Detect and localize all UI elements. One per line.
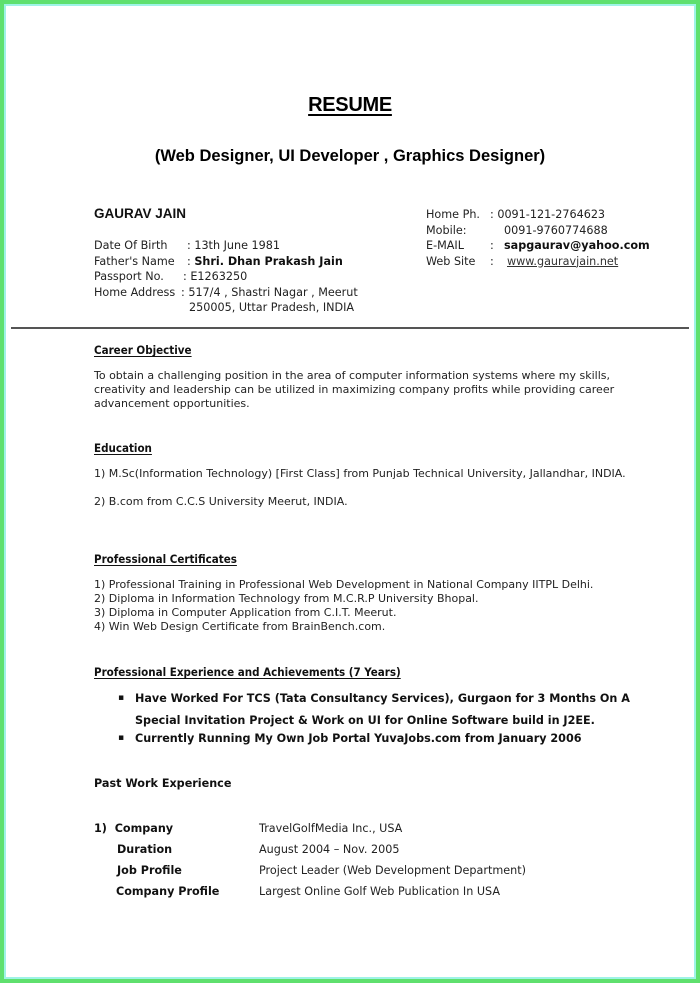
website-row: Web Site : www.gauravjain.net <box>426 254 650 270</box>
candidate-name: GAURAV JAIN <box>94 206 186 221</box>
website-link[interactable]: www.gauravjain.net <box>507 254 618 270</box>
job-company-row: 1) Company TravelGolfMedia Inc., USA <box>94 818 526 839</box>
dob-value: : 13th June 1981 <box>187 238 280 254</box>
certificates-section: Professional Certificates 1) Professiona… <box>94 552 654 634</box>
experience-item: ▪ Have Worked For TCS (Tata Consultancy … <box>118 692 678 732</box>
job-duration-label: Duration <box>94 843 259 856</box>
page-title: RESUME <box>10 94 690 117</box>
career-objective-text: To obtain a challenging position in the … <box>94 369 654 411</box>
personal-details: Date Of Birth : 13th June 1981 Father's … <box>94 238 358 316</box>
education-item: 1) M.Sc(Information Technology) [First C… <box>94 467 649 481</box>
contact-details: Home Ph. : 0091-121-2764623 Mobile: 0091… <box>426 207 650 269</box>
father-sep: : <box>187 254 191 270</box>
education-section: Education 1) M.Sc(Information Technology… <box>94 441 654 509</box>
home-phone-label: Home Ph. <box>426 207 490 223</box>
dob-label: Date Of Birth <box>94 238 187 254</box>
father-label: Father's Name <box>94 254 187 270</box>
experience-item: ▪ Currently Running My Own Job Portal Yu… <box>118 732 678 750</box>
father-row: Father's Name : Shri. Dhan Prakash Jain <box>94 254 358 270</box>
experience-text: Have Worked For TCS (Tata Consultancy Se… <box>135 688 655 732</box>
home-phone-value: : 0091-121-2764623 <box>490 207 605 223</box>
dob-row: Date Of Birth : 13th June 1981 <box>94 238 358 254</box>
address-value-2: 250005, Uttar Pradesh, INDIA <box>189 300 354 316</box>
company-profile-value: Largest Online Golf Web Publication In U… <box>259 885 500 898</box>
mobile-label: Mobile: <box>426 223 504 239</box>
education-heading: Education <box>94 441 654 455</box>
job-duration-row: Duration August 2004 – Nov. 2005 <box>94 839 526 860</box>
job-profile-value: Project Leader (Web Development Departme… <box>259 864 526 877</box>
email-sep: : <box>490 238 504 254</box>
website-sep: : <box>490 254 507 270</box>
email-label: E-MAIL <box>426 238 490 254</box>
bullet-icon: ▪ <box>118 732 135 750</box>
email-value[interactable]: sapgaurav@yahoo.com <box>504 238 650 254</box>
job-company-value: TravelGolfMedia Inc., USA <box>259 822 402 835</box>
past-work-heading: Past Work Experience <box>94 777 231 790</box>
job-profile-row: Job Profile Project Leader (Web Developm… <box>94 860 526 881</box>
address-label: Home Address <box>94 285 181 301</box>
page-subtitle: (Web Designer, UI Developer , Graphics D… <box>10 147 690 166</box>
job-profile-label: Job Profile <box>94 864 259 877</box>
experience-section: Professional Experience and Achievements… <box>94 665 654 679</box>
certificates-list: 1) Professional Training in Professional… <box>94 578 654 634</box>
company-profile-row: Company Profile Largest Online Golf Web … <box>94 881 526 902</box>
website-label: Web Site <box>426 254 490 270</box>
experience-list: ▪ Have Worked For TCS (Tata Consultancy … <box>118 692 678 750</box>
passport-value: : E1263250 <box>183 269 247 285</box>
job-company-label: 1) Company <box>94 822 259 835</box>
job-duration-value: August 2004 – Nov. 2005 <box>259 843 399 856</box>
certificate-item: 4) Win Web Design Certificate from Brain… <box>94 620 654 634</box>
experience-text: Currently Running My Own Job Portal Yuva… <box>135 728 582 750</box>
education-item: 2) B.com from C.C.S University Meerut, I… <box>94 495 654 509</box>
passport-label: Passport No. <box>94 269 183 285</box>
email-row: E-MAIL : sapgaurav@yahoo.com <box>426 238 650 254</box>
header-divider <box>11 327 689 329</box>
mobile-row: Mobile: 0091-9760774688 <box>426 223 650 239</box>
bullet-icon: ▪ <box>118 692 135 732</box>
passport-row: Passport No. : E1263250 <box>94 269 358 285</box>
address-value: : 517/4 , Shastri Nagar , Meerut <box>181 285 358 301</box>
company-profile-label: Company Profile <box>94 885 259 898</box>
father-value: Shri. Dhan Prakash Jain <box>194 254 342 270</box>
address-row: Home Address : 517/4 , Shastri Nagar , M… <box>94 285 358 301</box>
certificate-item: 2) Diploma in Information Technology fro… <box>94 592 654 606</box>
mobile-value: 0091-9760774688 <box>504 223 608 239</box>
resume-page: RESUME (Web Designer, UI Developer , Gra… <box>10 10 690 973</box>
address-row-2: 250005, Uttar Pradesh, INDIA <box>94 300 358 316</box>
certificates-heading: Professional Certificates <box>94 552 654 566</box>
home-phone-row: Home Ph. : 0091-121-2764623 <box>426 207 650 223</box>
certificate-item: 1) Professional Training in Professional… <box>94 578 654 592</box>
certificate-item: 3) Diploma in Computer Application from … <box>94 606 654 620</box>
job-entry: 1) Company TravelGolfMedia Inc., USA Dur… <box>94 818 526 902</box>
experience-heading: Professional Experience and Achievements… <box>94 665 654 679</box>
career-objective-section: Career Objective To obtain a challenging… <box>94 343 654 411</box>
career-objective-heading: Career Objective <box>94 343 654 357</box>
document-frame: RESUME (Web Designer, UI Developer , Gra… <box>0 0 700 983</box>
